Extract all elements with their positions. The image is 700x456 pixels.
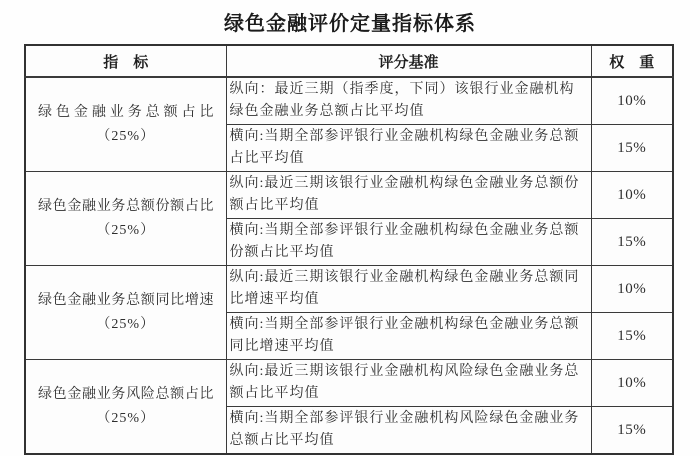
weight-cell: 10% [591,266,673,313]
weight-cell: 10% [591,360,673,407]
table-row: 绿色金融业务总额份额占比 （25%） 纵向:最近三期该银行业金融机构绿色金融业务… [25,172,673,219]
indicator-weight-share: （25%） [38,407,214,431]
indicator-weight-share: （25%） [38,125,214,149]
indicator-weight-share: （25%） [38,313,214,337]
benchmark-cell: 横向:当期全部参评银行业金融机构风险绿色金融业务总额占比平均值 [226,407,591,455]
col-header-weight: 权 重 [591,45,673,77]
indicator-weight-share: （25%） [38,219,214,243]
benchmark-cell: 横向:当期全部参评银行业金融机构绿色金融业务总额占比平均值 [226,125,591,172]
table-row: 绿色金融业务总额占比 （25%） 纵向：最近三期（指季度，下同）该银行业金融机构… [25,77,673,125]
weight-cell: 15% [591,219,673,266]
table-row: 绿色金融业务风险总额占比 （25%） 纵向:最近三期该银行业金融机构风险绿色金融… [25,360,673,407]
indicator-cell-group3: 绿色金融业务总额同比增速 （25%） [25,266,226,360]
benchmark-cell: 纵向:最近三期该银行业金融机构风险绿色金融业务总额占比平均值 [226,360,591,407]
table-header-row: 指 标 评分基准 权 重 [25,45,673,77]
benchmark-cell: 纵向:最近三期该银行业金融机构绿色金融业务总额同比增速平均值 [226,266,591,313]
col-header-indicator: 指 标 [25,45,226,77]
indicator-name: 绿色金融业务总额份额占比 [38,195,214,219]
weight-cell: 10% [591,172,673,219]
indicator-cell-group4: 绿色金融业务风险总额占比 （25%） [25,360,226,455]
indicator-cell-group2: 绿色金融业务总额份额占比 （25%） [25,172,226,266]
col-header-benchmark: 评分基准 [226,45,591,77]
indicator-name: 绿色金融业务总额占比 [38,101,214,125]
indicator-cell-group1: 绿色金融业务总额占比 （25%） [25,77,226,172]
weight-cell: 15% [591,407,673,455]
benchmark-cell: 横向:当期全部参评银行业金融机构绿色金融业务总额份额占比平均值 [226,219,591,266]
document-page: 绿色金融评价定量指标体系 指 标 评分基准 权 重 绿色金融业务总额占比 （25… [0,0,700,456]
page-title: 绿色金融评价定量指标体系 [0,0,700,32]
indicator-table: 指 标 评分基准 权 重 绿色金融业务总额占比 （25%） 纵向：最近三期（指季… [24,44,674,455]
weight-cell: 15% [591,125,673,172]
weight-cell: 15% [591,313,673,360]
weight-cell: 10% [591,77,673,125]
indicator-name: 绿色金融业务风险总额占比 [38,383,214,407]
benchmark-cell: 横向:当期全部参评银行业金融机构绿色金融业务总额同比增速平均值 [226,313,591,360]
benchmark-cell: 纵向：最近三期（指季度，下同）该银行业金融机构绿色金融业务总额占比平均值 [226,77,591,125]
indicator-name: 绿色金融业务总额同比增速 [38,289,214,313]
table-row: 绿色金融业务总额同比增速 （25%） 纵向:最近三期该银行业金融机构绿色金融业务… [25,266,673,313]
benchmark-cell: 纵向:最近三期该银行业金融机构绿色金融业务总额份额占比平均值 [226,172,591,219]
